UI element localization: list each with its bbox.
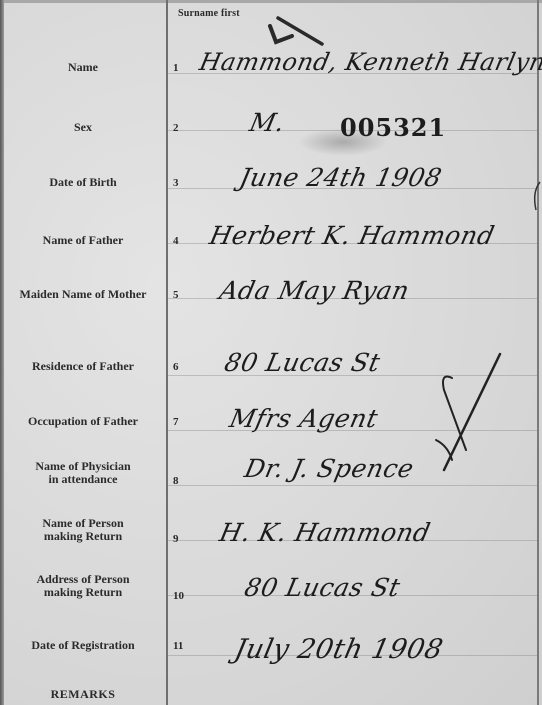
- label-person-making-return: Name of Person making Return: [0, 517, 166, 543]
- field-number: 5: [173, 289, 179, 301]
- surname-first-hint: Surname first: [178, 8, 240, 19]
- label-name-of-physician: Name of Physician in attendance: [0, 460, 166, 486]
- value-residence-of-father: 80 Lucas St: [222, 348, 383, 377]
- field-number: 9: [173, 533, 179, 545]
- label-maiden-name-of-mother: Maiden Name of Mother: [0, 288, 166, 301]
- column-divider: [166, 0, 168, 705]
- check-mark-icon: [262, 14, 332, 50]
- birth-registration-form: Surname first Name Sex Date of Birth Nam…: [0, 0, 542, 705]
- label-date-of-birth: Date of Birth: [0, 176, 166, 189]
- value-date-of-registration: July 20th 1908: [232, 634, 446, 665]
- field-number: 2: [173, 122, 179, 134]
- serial-number-stamp: 005321: [340, 113, 446, 142]
- field-number: 8: [173, 475, 179, 487]
- value-person-making-return: H. K. Hammond: [217, 518, 433, 547]
- value-maiden-name-of-mother: Ada May Ryan: [217, 276, 412, 305]
- label-name: Name: [0, 61, 166, 74]
- guide-line: [167, 485, 537, 486]
- remarks-heading: REMARKS: [0, 687, 166, 702]
- margin-ink-mark: [532, 180, 542, 220]
- field-number: 10: [173, 590, 184, 602]
- value-name: Hammond, Kenneth Harlyn: [197, 48, 542, 76]
- label-address-of-person: Address of Person making Return: [0, 573, 166, 599]
- label-residence-of-father: Residence of Father: [0, 360, 166, 373]
- label-line: making Return: [0, 530, 166, 543]
- field-number: 1: [173, 62, 179, 74]
- label-name-of-father: Name of Father: [0, 234, 166, 247]
- field-number: 3: [173, 177, 179, 189]
- value-name-of-father: Herbert K. Hammond: [207, 221, 497, 250]
- check-mark-icon: [430, 350, 510, 470]
- value-occupation-of-father: Mfrs Agent: [227, 404, 381, 433]
- value-address-of-person: 80 Lucas St: [242, 573, 403, 602]
- label-sex: Sex: [0, 121, 166, 134]
- value-physician: Dr. J. Spence: [242, 454, 417, 483]
- label-date-of-registration: Date of Registration: [0, 639, 166, 652]
- label-occupation-of-father: Occupation of Father: [0, 415, 166, 428]
- value-sex: M.: [247, 108, 288, 137]
- field-number: 11: [173, 640, 183, 652]
- page-top-edge: [0, 0, 542, 3]
- label-line: in attendance: [0, 473, 166, 486]
- right-column-rule: [537, 0, 539, 705]
- page-binding-edge: [0, 0, 4, 705]
- field-number: 6: [173, 361, 179, 373]
- value-date-of-birth: June 24th 1908: [237, 163, 445, 192]
- field-number: 7: [173, 416, 179, 428]
- field-number: 4: [173, 235, 179, 247]
- label-line: making Return: [0, 586, 166, 599]
